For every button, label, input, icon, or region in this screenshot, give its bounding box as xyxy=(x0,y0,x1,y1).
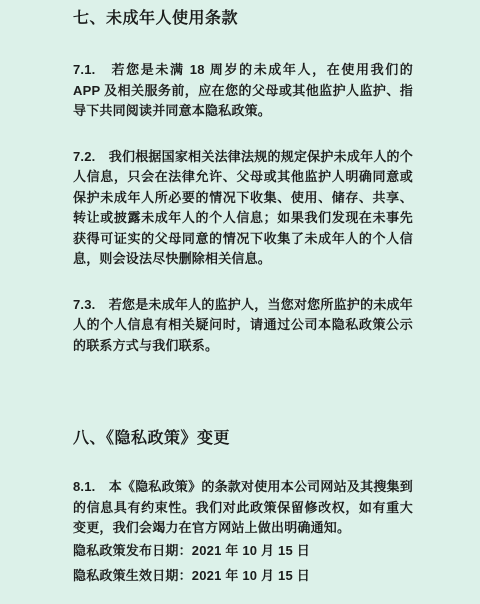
clause-7-3: 7.3. 若您是未成年人的监护人，当您对您所监护的未成年人的个人信息有相关疑问时… xyxy=(73,295,413,357)
section-policy-change-heading: 八、《隐私政策》变更 xyxy=(73,428,413,450)
clause-7-1: 7.1. 若您是未满 18 周岁的未成年人，在使用我们的 APP 及相关服务前，… xyxy=(73,60,413,122)
policy-published-date: 隐私政策发布日期：2021 年 10 月 15 日 xyxy=(73,541,413,562)
clause-8-1: 8.1. 本《隐私政策》的条款对使用本公司网站及其搜集到的信息具有约束性。我们对… xyxy=(73,477,413,539)
privacy-policy-page: 七、未成年人使用条款 7.1. 若您是未满 18 周岁的未成年人，在使用我们的 … xyxy=(0,0,480,604)
policy-effective-date: 隐私政策生效日期：2021 年 10 月 15 日 xyxy=(73,566,413,587)
section-minors-terms: 七、未成年人使用条款 7.1. 若您是未满 18 周岁的未成年人，在使用我们的 … xyxy=(73,8,413,356)
clause-7-2: 7.2. 我们根据国家相关法律法规的规定保护未成年人的个人信息，只会在法律允许、… xyxy=(73,147,413,270)
section-policy-change: 八、《隐私政策》变更 8.1. 本《隐私政策》的条款对使用本公司网站及其搜集到的… xyxy=(73,428,413,587)
section-minors-terms-heading: 七、未成年人使用条款 xyxy=(73,8,413,30)
